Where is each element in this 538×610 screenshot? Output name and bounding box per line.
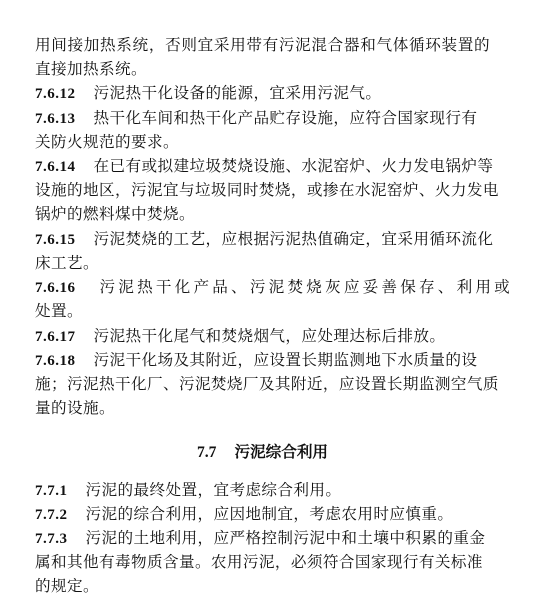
clause-7-6-15: 7.6.15污泥焚烧的工艺，应根据污泥热值确定，宜采用循环流化: [35, 228, 493, 250]
clause-text: 污泥热干化尾气和焚烧烟气，应处理达标后排放。: [94, 327, 446, 345]
clause-text: 污泥热干化产品、污泥焚烧灰应妥善保存、利用或: [100, 278, 513, 296]
paragraph-line: 施；污泥热干化厂、污泥焚烧厂及其附近，应设置长期监测空气质: [35, 373, 499, 395]
clause-7-6-14: 7.6.14在已有或拟建垃圾焚烧设施、水泥窑炉、火力发电锅炉等: [35, 155, 493, 177]
clause-number: 7.6.13: [35, 108, 76, 130]
clause-number: 7.7.3: [35, 528, 68, 550]
clause-7-7-2: 7.7.2污泥的综合利用，应因地制宜，考虑农用时应慎重。: [35, 503, 453, 525]
clause-number: 7.6.15: [35, 229, 76, 251]
clause-text: 污泥焚烧的工艺，应根据污泥热值确定，宜采用循环流化: [94, 230, 494, 248]
clause-text: 污泥干化场及其附近，应设置长期监测地下水质量的设: [94, 351, 478, 369]
clause-text: 污泥的土地利用，应严格控制污泥中和土壤中积累的重金: [86, 529, 486, 547]
clause-number: 7.6.16: [35, 277, 76, 299]
clause-7-6-16: 7.6.16污泥热干化产品、污泥焚烧灰应妥善保存、利用或: [35, 276, 513, 298]
paragraph-line: 锅炉的燃料煤中焚烧。: [35, 203, 195, 225]
clause-7-6-17: 7.6.17污泥热干化尾气和焚烧烟气，应处理达标后排放。: [35, 325, 445, 347]
clause-number: 7.6.12: [35, 83, 76, 105]
section-heading: 7.7污泥综合利用: [35, 441, 490, 464]
clause-number: 7.7.1: [35, 480, 68, 502]
clause-7-6-18: 7.6.18污泥干化场及其附近，应设置长期监测地下水质量的设: [35, 349, 477, 371]
section-title: 污泥综合利用: [234, 442, 328, 461]
clause-7-6-13: 7.6.13热干化车间和热干化产品贮存设施，应符合国家现行有: [35, 107, 477, 129]
clause-7-7-3: 7.7.3污泥的土地利用，应严格控制污泥中和土壤中积累的重金: [35, 527, 485, 549]
paragraph-line: 床工艺。: [35, 252, 99, 274]
clause-text: 热干化车间和热干化产品贮存设施，应符合国家现行有: [94, 109, 478, 127]
clause-number: 7.7.2: [35, 504, 68, 526]
paragraph-line: 的规定。: [35, 575, 99, 597]
paragraph-line: 处置。: [35, 300, 83, 322]
paragraph-line: 用间接加热系统，否则宜采用带有污泥混合器和气体循环装置的: [35, 34, 490, 56]
paragraph-line: 关防火规范的要求。: [35, 131, 179, 153]
clause-text: 污泥的最终处置，宜考虑综合利用。: [86, 481, 342, 499]
clause-text: 在已有或拟建垃圾焚烧设施、水泥窑炉、火力发电锅炉等: [94, 157, 494, 175]
clause-text: 污泥的综合利用，应因地制宜，考虑农用时应慎重。: [86, 505, 454, 523]
clause-number: 7.6.18: [35, 350, 76, 372]
clause-number: 7.6.14: [35, 156, 76, 178]
paragraph-line: 设施的地区，污泥宜与垃圾同时焚烧，或掺在水泥窑炉、火力发电: [35, 179, 499, 201]
clause-7-7-1: 7.7.1污泥的最终处置，宜考虑综合利用。: [35, 479, 341, 501]
paragraph-line: 属和其他有毒物质含量。农用污泥，必须符合国家现行有关标准: [35, 551, 483, 573]
clause-7-6-12: 7.6.12污泥热干化设备的能源，宜采用污泥气。: [35, 82, 381, 104]
paragraph-line: 直接加热系统。: [35, 58, 147, 80]
clause-text: 污泥热干化设备的能源，宜采用污泥气。: [94, 84, 382, 102]
clause-number: 7.6.17: [35, 326, 76, 348]
paragraph-line: 量的设施。: [35, 397, 115, 419]
section-number: 7.7: [197, 444, 217, 461]
